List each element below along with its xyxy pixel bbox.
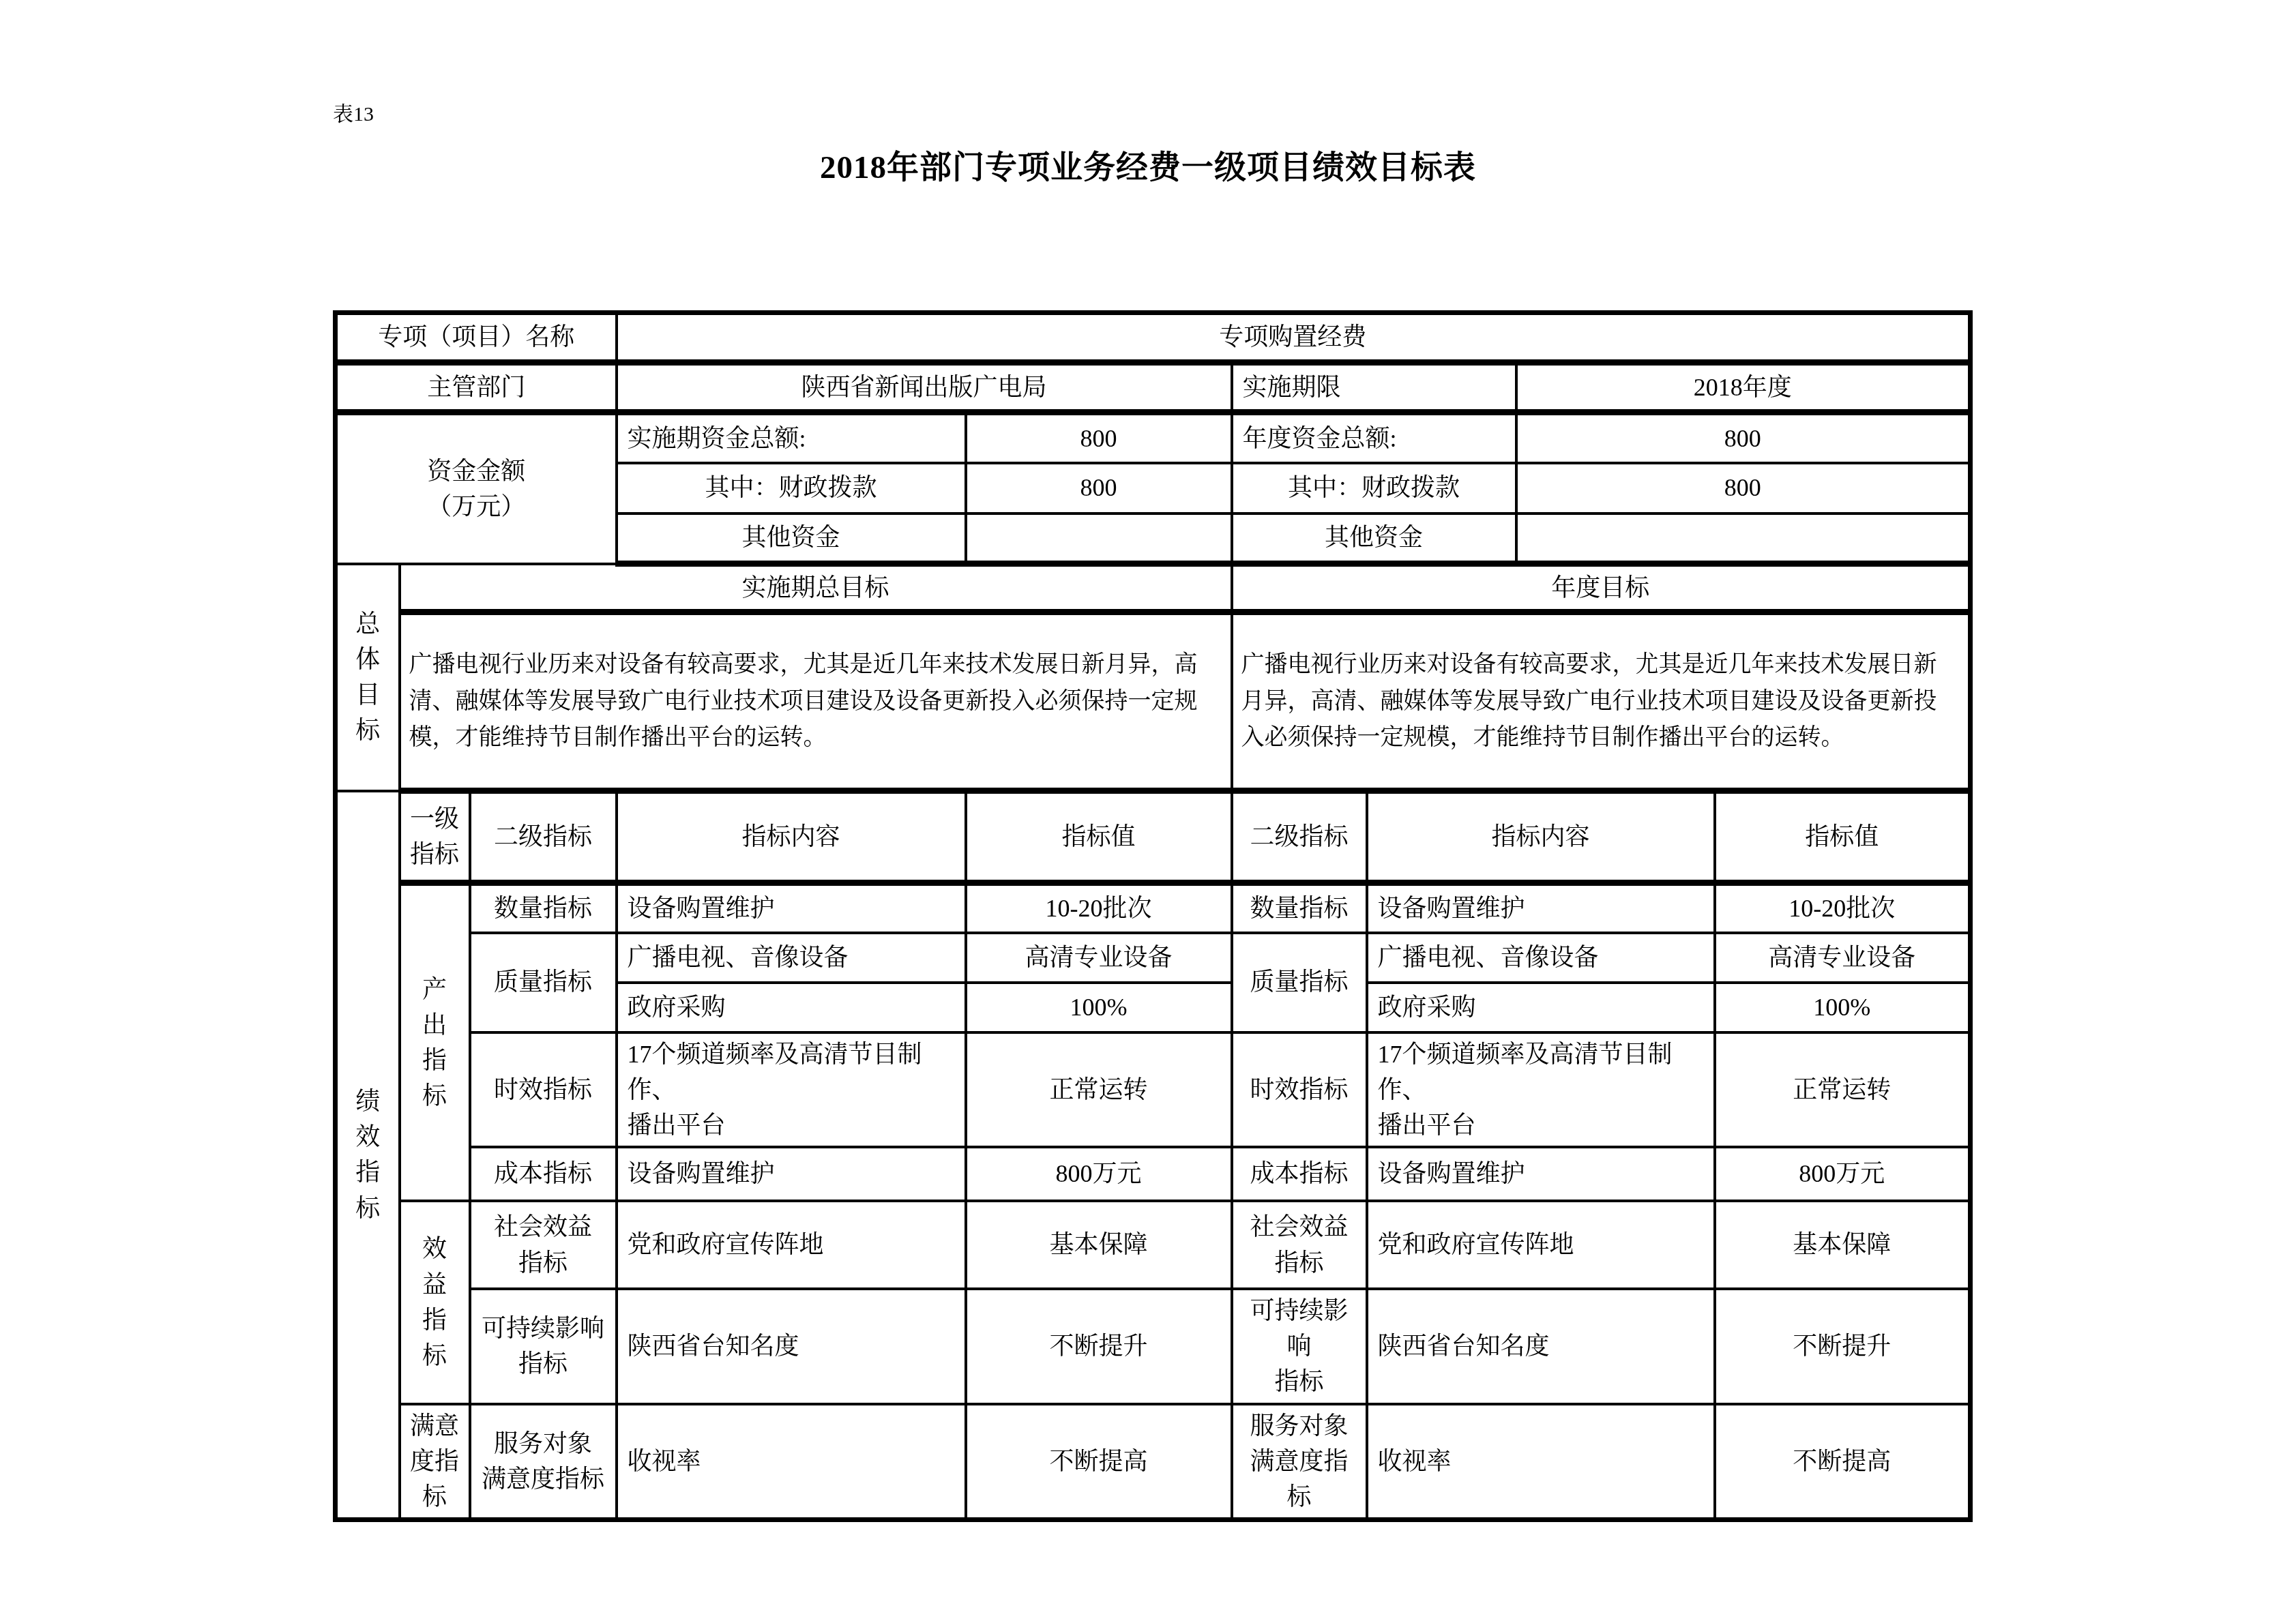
row-indicator-headers: 绩 效 指 标 一级 指标 二级指标 指标内容 指标值 二级指标 指标内容 指标… [336, 791, 1971, 883]
quantity-content-right: 设备购置维护 [1367, 883, 1715, 933]
row-target-text: 广播电视行业历来对设备有较高要求，尤其是近几年来技术发展日新月异，高清、融媒体等… [336, 612, 1971, 791]
header-level2-left: 二级指标 [470, 791, 617, 883]
impl-fiscal-value: 800 [966, 463, 1232, 513]
header-content-left: 指标内容 [617, 791, 966, 883]
annual-other-label: 其他资金 [1232, 513, 1516, 564]
quantity-content-left: 设备购置维护 [617, 883, 966, 933]
quality-label-right: 质量指标 [1232, 933, 1367, 1032]
row-quantity-indicator: 产 出 指 标 数量指标 设备购置维护 10-20批次 数量指标 设备购置维护 … [336, 883, 1971, 933]
timeliness-value-left: 正常运转 [966, 1032, 1232, 1148]
timeliness-content-right: 17个频道频率及高清节目制作、 播出平台 [1367, 1032, 1715, 1148]
dept-value: 陕西省新闻出版广电局 [617, 363, 1232, 413]
sustainable-value-right: 不断提升 [1715, 1289, 1971, 1404]
impl-fiscal-label: 其中：财政拨款 [617, 463, 966, 513]
quantity-label-right: 数量指标 [1232, 883, 1367, 933]
row-quality-indicator-1: 质量指标 广播电视、音像设备 高清专业设备 质量指标 广播电视、音像设备 高清专… [336, 933, 1971, 983]
impl-total-value: 800 [966, 413, 1232, 463]
satisfaction-label-left: 服务对象 满意度指标 [470, 1404, 617, 1520]
impl-target-text: 广播电视行业历来对设备有较高要求，尤其是近几年来技术发展日新月异，高清、融媒体等… [400, 612, 1232, 791]
annual-other-value [1516, 513, 1971, 564]
annual-target-header: 年度目标 [1232, 564, 1971, 612]
satisfaction-content-left: 收视率 [617, 1404, 966, 1520]
annual-total-label: 年度资金总额: [1232, 413, 1516, 463]
row-cost-indicator: 成本指标 设备购置维护 800万元 成本指标 设备购置维护 800万元 [336, 1147, 1971, 1201]
satisfaction-content-right: 收视率 [1367, 1404, 1715, 1520]
social-benefit-content-left: 党和政府宣传阵地 [617, 1201, 966, 1289]
social-benefit-content-right: 党和政府宣传阵地 [1367, 1201, 1715, 1289]
satisfaction-value-left: 不断提高 [966, 1404, 1232, 1520]
quality1-value-left: 高清专业设备 [966, 933, 1232, 983]
social-benefit-value-left: 基本保障 [966, 1201, 1232, 1289]
annual-fiscal-label: 其中：财政拨款 [1232, 463, 1516, 513]
annual-fiscal-value: 800 [1516, 463, 1971, 513]
cost-content-left: 设备购置维护 [617, 1147, 966, 1201]
table-grid: 专项（项目）名称 专项购置经费 主管部门 陕西省新闻出版广电局 实施期限 201… [333, 310, 1973, 1522]
satisfaction-value-right: 不断提高 [1715, 1404, 1971, 1520]
timeliness-label-left: 时效指标 [470, 1032, 617, 1148]
quality-label-left: 质量指标 [470, 933, 617, 1032]
annual-target-text: 广播电视行业历来对设备有较高要求，尤其是近几年来技术发展日新月异，高清、融媒体等… [1232, 612, 1971, 791]
quantity-value-right: 10-20批次 [1715, 883, 1971, 933]
timeliness-label-right: 时效指标 [1232, 1032, 1367, 1148]
sustainable-label-left: 可持续影响 指标 [470, 1289, 617, 1404]
quantity-label-left: 数量指标 [470, 883, 617, 933]
period-label: 实施期限 [1232, 363, 1516, 413]
quality1-content-left: 广播电视、音像设备 [617, 933, 966, 983]
sustainable-label-right: 可持续影响 指标 [1232, 1289, 1367, 1404]
quality1-value-right: 高清专业设备 [1715, 933, 1971, 983]
level1-output-indicator: 产 出 指 标 [400, 883, 470, 1202]
quality2-value-left: 100% [966, 983, 1232, 1032]
cost-label-right: 成本指标 [1232, 1147, 1367, 1201]
quality2-content-right: 政府采购 [1367, 983, 1715, 1032]
header-level2-right: 二级指标 [1232, 791, 1367, 883]
level1-benefit-indicator: 效 益 指 标 [400, 1201, 470, 1404]
quality2-value-right: 100% [1715, 983, 1971, 1032]
impl-target-header: 实施期总目标 [400, 564, 1232, 612]
row-sustainable-indicator: 可持续影响 指标 陕西省台知名度 不断提升 可持续影响 指标 陕西省台知名度 不… [336, 1289, 1971, 1404]
social-benefit-label-right: 社会效益 指标 [1232, 1201, 1367, 1289]
cost-content-right: 设备购置维护 [1367, 1147, 1715, 1201]
sustainable-value-left: 不断提升 [966, 1289, 1232, 1404]
performance-indicator-row-label: 绩 效 指 标 [336, 791, 400, 1520]
row-timeliness-indicator: 时效指标 17个频道频率及高清节目制作、 播出平台 正常运转 时效指标 17个频… [336, 1032, 1971, 1148]
fund-amount-label: 资金金额 （万元） [336, 413, 617, 564]
document-tag: 表13 [333, 97, 374, 127]
overall-target-row-label: 总 体 目 标 [336, 564, 400, 791]
cost-value-right: 800万元 [1715, 1147, 1971, 1201]
header-level1: 一级 指标 [400, 791, 470, 883]
satisfaction-label-right: 服务对象 满意度指标 [1232, 1404, 1367, 1520]
quality1-content-right: 广播电视、音像设备 [1367, 933, 1715, 983]
social-benefit-value-right: 基本保障 [1715, 1201, 1971, 1289]
project-name-label: 专项（项目）名称 [336, 313, 617, 363]
row-project-name: 专项（项目）名称 专项购置经费 [336, 313, 1971, 363]
row-fund-total: 资金金额 （万元） 实施期资金总额: 800 年度资金总额: 800 [336, 413, 1971, 463]
level1-satisfaction-indicator: 满意 度指 标 [400, 1404, 470, 1520]
sustainable-content-right: 陕西省台知名度 [1367, 1289, 1715, 1404]
project-name-value: 专项购置经费 [617, 313, 1971, 363]
row-social-benefit-indicator: 效 益 指 标 社会效益 指标 党和政府宣传阵地 基本保障 社会效益 指标 党和… [336, 1201, 1971, 1289]
performance-target-table: 专项（项目）名称 专项购置经费 主管部门 陕西省新闻出版广电局 实施期限 201… [333, 310, 1973, 1522]
impl-other-label: 其他资金 [617, 513, 966, 564]
annual-total-value: 800 [1516, 413, 1971, 463]
timeliness-value-right: 正常运转 [1715, 1032, 1971, 1148]
timeliness-content-left: 17个频道频率及高清节目制作、 播出平台 [617, 1032, 966, 1148]
header-value-left: 指标值 [966, 791, 1232, 883]
sustainable-content-left: 陕西省台知名度 [617, 1289, 966, 1404]
row-satisfaction-indicator: 满意 度指 标 服务对象 满意度指标 收视率 不断提高 服务对象 满意度指标 收… [336, 1404, 1971, 1520]
cost-label-left: 成本指标 [470, 1147, 617, 1201]
impl-other-value [966, 513, 1232, 564]
row-target-headers: 总 体 目 标 实施期总目标 年度目标 [336, 564, 1971, 612]
period-value: 2018年度 [1516, 363, 1971, 413]
quality2-content-left: 政府采购 [617, 983, 966, 1032]
dept-label: 主管部门 [336, 363, 617, 413]
quantity-value-left: 10-20批次 [966, 883, 1232, 933]
cost-value-left: 800万元 [966, 1147, 1232, 1201]
social-benefit-label-left: 社会效益 指标 [470, 1201, 617, 1289]
page-title: 2018年部门专项业务经费一级项目绩效目标表 [0, 142, 2296, 188]
header-content-right: 指标内容 [1367, 791, 1715, 883]
impl-total-label: 实施期资金总额: [617, 413, 966, 463]
row-department: 主管部门 陕西省新闻出版广电局 实施期限 2018年度 [336, 363, 1971, 413]
header-value-right: 指标值 [1715, 791, 1971, 883]
